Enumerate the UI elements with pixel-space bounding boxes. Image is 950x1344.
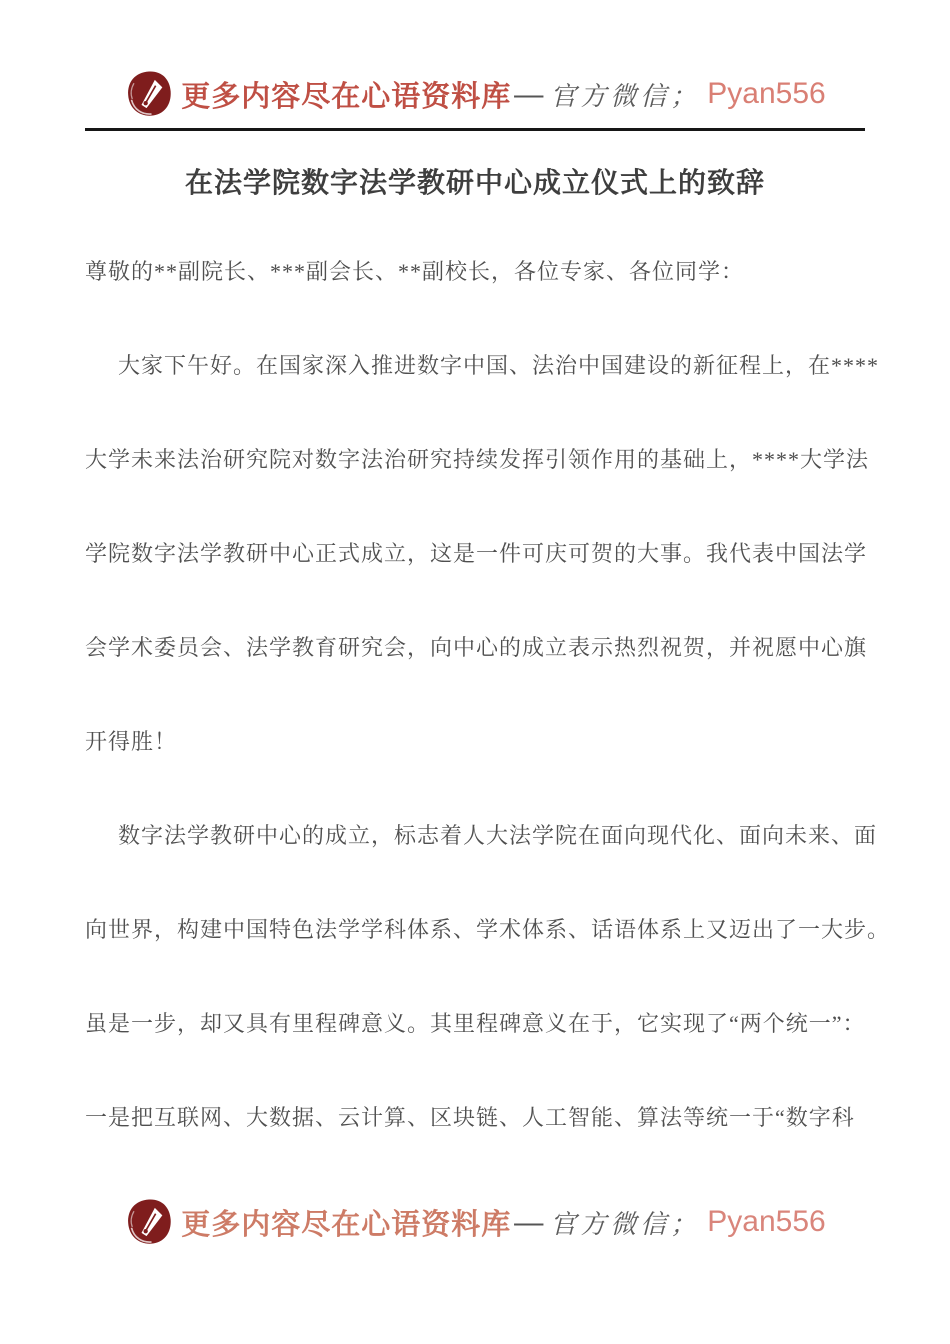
document-page: 更多内容尽在心语资料库 — 官方微信； Pyan556 在法学院数字法学教研中心… — [0, 0, 950, 1344]
page-header: 更多内容尽在心语资料库 — 官方微信； Pyan556 — [85, 0, 865, 120]
body-text-line: 会学术委员会、法学教育研究会，向中心的成立表示热烈祝贺，并祝愿中心旗 — [85, 601, 865, 695]
document-body: 尊敬的**副院长、***副会长、**副校长，各位专家、各位同学： 大家下午好。在… — [85, 225, 865, 1165]
body-text-line: 数字法学教研中心的成立，标志着人大法学院在面向现代化、面向未来、面 — [85, 789, 865, 883]
footer-brand-line: 更多内容尽在心语资料库 — 官方微信； Pyan556 — [0, 1196, 950, 1248]
page-footer: 更多内容尽在心语资料库 — 官方微信； Pyan556 — [0, 1196, 950, 1248]
body-text-line: 大家下午好。在国家深入推进数字中国、法治中国建设的新征程上，在**** — [85, 319, 865, 413]
body-text-line: 开得胜！ — [85, 695, 865, 789]
header-wechat-label: 官方微信； — [550, 76, 700, 113]
header-divider — [85, 120, 865, 131]
header-brand-text: 更多内容尽在心语资料库 — [181, 74, 511, 115]
body-text-line: 学院数字法学教研中心正式成立，这是一件可庆可贺的大事。我代表中国法学 — [85, 507, 865, 601]
footer-separator-dash: — — [514, 1206, 543, 1239]
body-text-line: 虽是一步，却又具有里程碑意义。其里程碑意义在于，它实现了“两个统一”： — [85, 977, 865, 1071]
footer-wechat-label: 官方微信； — [550, 1204, 700, 1241]
document-title: 在法学院数字法学教研中心成立仪式上的致辞 — [0, 161, 950, 201]
header-wechat-id: Pyan556 — [707, 77, 825, 111]
header-separator-dash: — — [514, 78, 543, 111]
footer-brand-text: 更多内容尽在心语资料库 — [181, 1202, 511, 1243]
body-text-line: 向世界，构建中国特色法学学科体系、学术体系、话语体系上又迈出了一大步。 — [85, 883, 865, 977]
body-text-line: 尊敬的**副院长、***副会长、**副校长，各位专家、各位同学： — [85, 225, 865, 319]
pen-nib-seal-logo-icon — [124, 1196, 174, 1248]
body-text-line: 大学未来法治研究院对数字法治研究持续发挥引领作用的基础上，****大学法 — [85, 413, 865, 507]
body-text-line: 一是把互联网、大数据、云计算、区块链、人工智能、算法等统一于“数字科 — [85, 1071, 865, 1165]
footer-wechat-id: Pyan556 — [707, 1205, 825, 1239]
pen-nib-seal-logo-icon — [124, 68, 174, 120]
header-brand-line: 更多内容尽在心语资料库 — 官方微信； Pyan556 — [85, 68, 865, 120]
